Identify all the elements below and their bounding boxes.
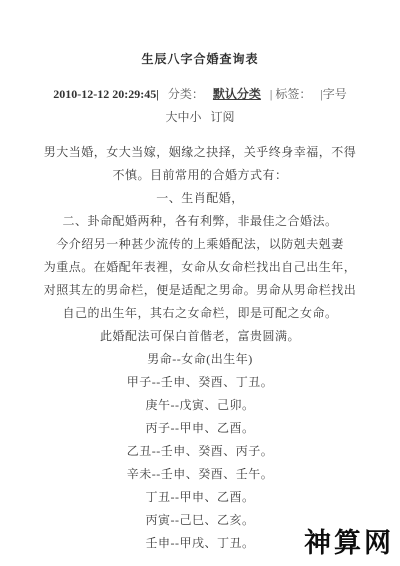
subscribe-link[interactable]: 订阅 <box>211 110 235 124</box>
method-item-one: 一、生肖配婚， <box>0 187 400 210</box>
closing-line: 此婚配法可保白首偕老，富贵圆满。 <box>0 325 400 348</box>
fontsize-large-button[interactable]: 大 <box>165 110 177 124</box>
pair-row-3: 丙子--甲申、乙酉。 <box>0 417 400 440</box>
article-page: 生辰八字合婚查询表 2010-12-12 20:29:45| 分类： 默认分类 … <box>0 0 400 566</box>
pair-row-1: 甲子--壬申、癸酉、丁丑。 <box>0 371 400 394</box>
paragraph1-line1: 男大当婚，女大当嫁，姻缘之抉择，关乎终身幸福，不得 <box>0 141 400 164</box>
tags-label: | 标签： <box>270 87 311 101</box>
pair-row-6: 丁丑--甲申、乙酉。 <box>0 486 400 509</box>
paragraph2-line1: 今介绍另一种甚少流传的上乘婚配法，以防剋夫剋妻 <box>0 233 400 256</box>
category-label: 分类： <box>168 87 204 101</box>
paragraph2-line4: 自己的出生年，其右之女命栏，即是可配之女命。 <box>0 302 400 325</box>
article-body: 男大当婚，女大当嫁，姻缘之抉择，关乎终身幸福，不得 不慎。目前常用的合婚方式有：… <box>0 141 400 555</box>
paragraph2-line2: 为重点。在婚配年表裡，女命从女命栏找出自己出生年， <box>0 256 400 279</box>
fontsize-small-button[interactable]: 小 <box>190 110 202 124</box>
pair-row-2: 庚午--戊寅、己卯。 <box>0 394 400 417</box>
fontsize-label: |字号 <box>320 87 346 101</box>
pair-row-5: 辛未--壬申、癸酉、壬午。 <box>0 463 400 486</box>
post-meta-row2: 大中小 订阅 <box>0 108 400 125</box>
post-meta: 2010-12-12 20:29:45| 分类： 默认分类 | 标签： |字号 <box>0 85 400 102</box>
page-title: 生辰八字合婚查询表 <box>0 50 400 67</box>
pair-row-4: 乙丑--壬申、癸酉、丙子。 <box>0 440 400 463</box>
site-watermark: 神算网 <box>304 521 394 560</box>
pair-list-header: 男命--女命(出生年) <box>0 348 400 371</box>
post-datetime: 2010-12-12 20:29:45| <box>53 87 159 101</box>
category-link[interactable]: 默认分类 <box>213 87 261 101</box>
paragraph1-line2: 不慎。目前常用的合婚方式有： <box>0 164 400 187</box>
method-item-two: 二、卦命配婚两种，各有利弊，非最佳之合婚法。 <box>0 210 400 233</box>
paragraph2-line3: 对照其左的男命栏，便是适配之男命。男命从男命栏找出 <box>0 279 400 302</box>
fontsize-medium-button[interactable]: 中 <box>177 110 189 124</box>
